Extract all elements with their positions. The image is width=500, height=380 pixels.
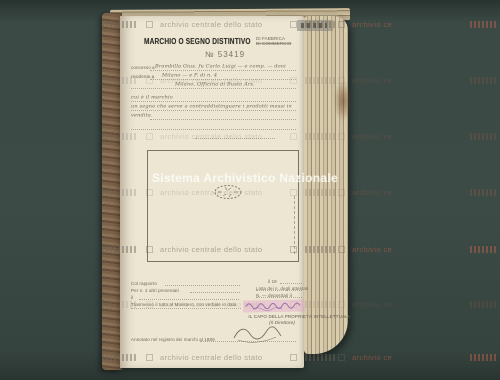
watermark-barcode-icon xyxy=(305,354,335,361)
field-place-value: Milano, Officina di Busto Ars. xyxy=(175,81,255,87)
watermark-band-fragment: archivio ce xyxy=(352,300,392,309)
office-title: IL CAPO DELLA PROPRIETÀ INTELLETTUALE xyxy=(248,314,315,319)
form-rule xyxy=(190,292,240,293)
footer-left-4: Trasmesso il tutto al Ministero, con ver… xyxy=(131,302,237,307)
form-rule xyxy=(131,110,296,111)
watermark-barcode-icon xyxy=(470,354,498,361)
archival-scan: MARCHIO O SEGNO DISTINTIVO DI FABBRICA D… xyxy=(0,0,500,380)
body-line-1: cui è il marchio xyxy=(131,94,173,100)
watermark-barcode-icon xyxy=(470,301,498,308)
watermark-band-fragment: archivio ce xyxy=(352,132,392,141)
watermark-band-fragment: archivio ce xyxy=(352,353,392,362)
watermark-band-fragment: archivio ce xyxy=(352,76,392,85)
watermark-box-icon xyxy=(338,354,345,361)
form-rule xyxy=(280,283,302,284)
watermark-band-fragment: archivio ce xyxy=(352,188,392,197)
watermark-band-fragment: archivio ce xyxy=(352,245,392,254)
footer-left-1: Col rapporto xyxy=(131,281,157,286)
form-rule xyxy=(131,308,241,309)
trademark-oval-stamp-icon xyxy=(213,184,243,200)
registration-number: № 53419 xyxy=(190,50,260,59)
field-residence-value: Milano — e P. di n. 4 xyxy=(162,72,217,78)
form-rule xyxy=(165,285,240,286)
form-rule xyxy=(139,299,239,300)
book-binding-edge xyxy=(102,13,122,370)
trademark-specimen-box xyxy=(147,150,299,262)
field-granted-value: Brambilla Gius. fu Carlo Luigi — e comp.… xyxy=(155,63,286,69)
form-rule xyxy=(195,138,275,139)
form-rule xyxy=(131,88,296,89)
watermark-barcode-icon xyxy=(470,133,498,140)
watermark-band-fragment: archivio ce xyxy=(352,20,392,29)
watermark-barcode-icon xyxy=(470,189,498,196)
watermark-barcode-icon xyxy=(470,246,498,253)
form-rule xyxy=(131,129,296,130)
corner-stamp xyxy=(297,20,333,31)
watermark-barcode-icon xyxy=(470,77,498,84)
page-stack-edge xyxy=(304,16,348,354)
footer-left-2: Per n. 2 altri presentati xyxy=(131,288,179,293)
form-rule xyxy=(150,79,296,80)
purple-ink-stamp xyxy=(243,299,305,312)
stamp-script-icon xyxy=(245,300,303,311)
footer-right-1: il 19 xyxy=(268,279,277,284)
form-rule xyxy=(150,119,296,120)
archival-edge-mark xyxy=(294,196,295,254)
form-rule xyxy=(256,297,302,298)
corner-stamp-ink xyxy=(301,23,327,28)
form-rule xyxy=(150,70,296,71)
form-title: MARCHIO O SEGNO DISTINTIVO xyxy=(144,37,251,46)
body-line-2: un segno che serve a contraddistinguere … xyxy=(131,103,292,109)
watermark-barcode-icon xyxy=(470,21,498,28)
body-line-3: vendita. xyxy=(131,112,153,118)
page-edge-stain xyxy=(334,80,352,122)
form-type-commercio-struck: DI COMMERCIO xyxy=(256,42,291,45)
form-rule xyxy=(256,290,302,291)
footer-left-3: il xyxy=(131,295,133,300)
form-rule xyxy=(131,101,296,102)
form-rule xyxy=(200,341,296,342)
form-type-fabbrica: DI FABBRICA xyxy=(256,37,285,40)
